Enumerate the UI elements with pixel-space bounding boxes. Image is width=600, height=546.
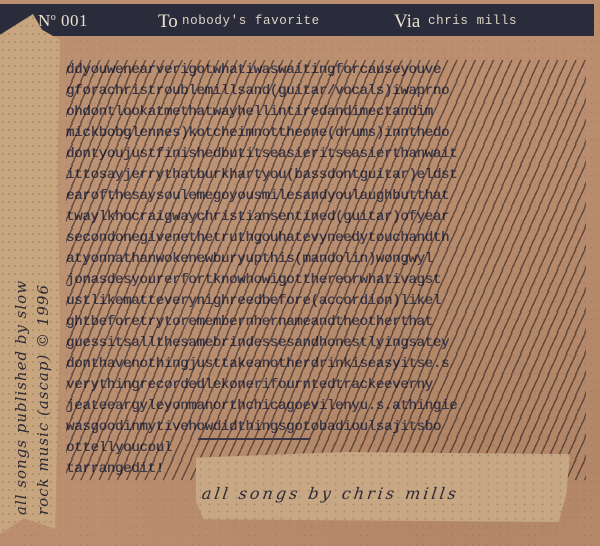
typed-line: ohdontlookatmethatwayhellintiredandimect… — [66, 102, 586, 123]
via-value: chris mills — [428, 14, 517, 28]
typed-line: twaylkhocraigwaychristiansentined(guitar… — [66, 207, 586, 228]
typewritten-lyrics-block: ddyouwenearverigotwhatiwaswaitingforcaus… — [66, 60, 586, 480]
typed-line: ddyouwenearverigotwhatiwaswaitingforcaus… — [66, 60, 586, 81]
typed-line: verythingrecordedlekonerifourntedtrackee… — [66, 375, 586, 396]
typed-line: dontyoujustfinishedbutitseasieritseasier… — [66, 144, 586, 165]
vertical-handwritten-note: all songs published by slow rock music (… — [4, 60, 64, 520]
typed-line: ustlikematteverynighreedbefore(accordion… — [66, 291, 586, 312]
typed-line: jeateeargyleyonmanorthchicagoevilenyu.s.… — [66, 396, 586, 417]
typed-line: ghtbeforetrytoremembernhernameandtheothe… — [66, 312, 586, 333]
to-value: nobody's favorite — [182, 14, 320, 28]
typed-underline — [198, 438, 310, 440]
header-band: No 001 To nobody's favorite Via chris mi… — [0, 4, 594, 36]
typed-line: donthavenothingjusttakeanotherdrinkiseas… — [66, 354, 586, 375]
typed-line: guessitsallthesamebrindessesandhonestlyi… — [66, 333, 586, 354]
number-sup: o — [51, 12, 57, 23]
via-label: Via — [394, 11, 420, 33]
typed-line: secondonegivenethetruthgouhatevyneedytou… — [66, 228, 586, 249]
typed-line: atyonnathanwokenewburyupthis(mandolin)wo… — [66, 249, 586, 270]
typed-line: gforachristroublemillsand(guitar/vocals)… — [66, 81, 586, 102]
typed-line: ittosayjerrythatburkhartyou(bassdontguit… — [66, 165, 586, 186]
typed-line: earofthesaysoulemegoyousmilesandyoulaugh… — [66, 186, 586, 207]
songwriter-credit-handwritten: all songs by chris mills — [201, 484, 461, 503]
typed-line: wasgoodinmytivehowdidthingsgotobadioulsa… — [66, 417, 586, 438]
typed-line: jonasdesyourerfortknowhowigotthereorwhat… — [66, 270, 586, 291]
typed-line: mickbobglennes)kotcheimnottheone(drums)i… — [66, 123, 586, 144]
handwritten-line-1: all songs published by slow — [12, 280, 30, 515]
catalog-number: No 001 — [38, 11, 88, 31]
to-label: To — [158, 11, 178, 33]
handwritten-line-2: rock music (ascap) © 1996 — [34, 284, 52, 515]
number-value: 001 — [61, 11, 88, 30]
